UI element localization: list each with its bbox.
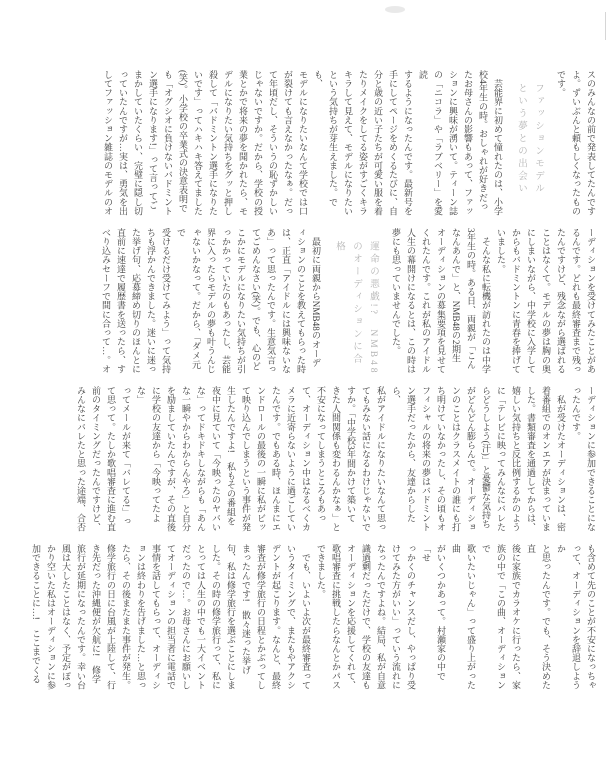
- scan-artifact-edge-line: [605, 12, 606, 40]
- paragraph-audition-memory: ーディションを受けてみたことがあ るんです。どれも最終審査まで残っ たんですけど…: [388, 228, 598, 376]
- paragraph-nmb48-audition: 最初に両親からNMB48のオーデ ィションのことを教えてもらった時 は、正直「ア…: [98, 228, 323, 376]
- text-band-4: も含めて先のことが不安になっちゃ って、オーディションを辞退しようか と思ったん…: [28, 544, 598, 692]
- text-band-2: ーディションを受けてみたことがあ るんです。どれも最終審査まで残っ たんですけど…: [98, 228, 598, 376]
- section-heading-nmb48-audition: 運命の悪戯!? NMB48 のオーディションに合格: [330, 228, 381, 376]
- text-band-3: ーディションに参加できることにな ったんです。 私が受けたオーディションは、密 …: [73, 386, 598, 534]
- scan-artifact-smudge: [385, 6, 405, 13]
- text-band-1: スのみんなの前で発表してたんです よ。ずいぶんと頼もしくなったもの です。 ファ…: [100, 70, 598, 218]
- paragraph-secret-audition: ーディションに参加できることにな ったんです。 私が受けたオーディションは、密 …: [73, 386, 598, 534]
- paragraph-intro-end: スのみんなの前で発表してたんです よ。ずいぶんと頼もしくなったもの です。: [553, 70, 598, 218]
- scanned-book-page: スのみんなの前で発表してたんです よ。ずいぶんと頼もしくなったもの です。 ファ…: [0, 0, 607, 768]
- paragraph-final-audition: も含めて先のことが不安になっちゃ って、オーディションを辞退しようか と思ったん…: [28, 544, 598, 692]
- section-heading-fashion-model: ファッションモデル という夢との出会い: [512, 70, 546, 218]
- paragraph-fashion-model: 芸能界に初めて憧れたのは、小学 校4年生の時。おしゃれが好きだっ たお母さんの影…: [100, 70, 505, 218]
